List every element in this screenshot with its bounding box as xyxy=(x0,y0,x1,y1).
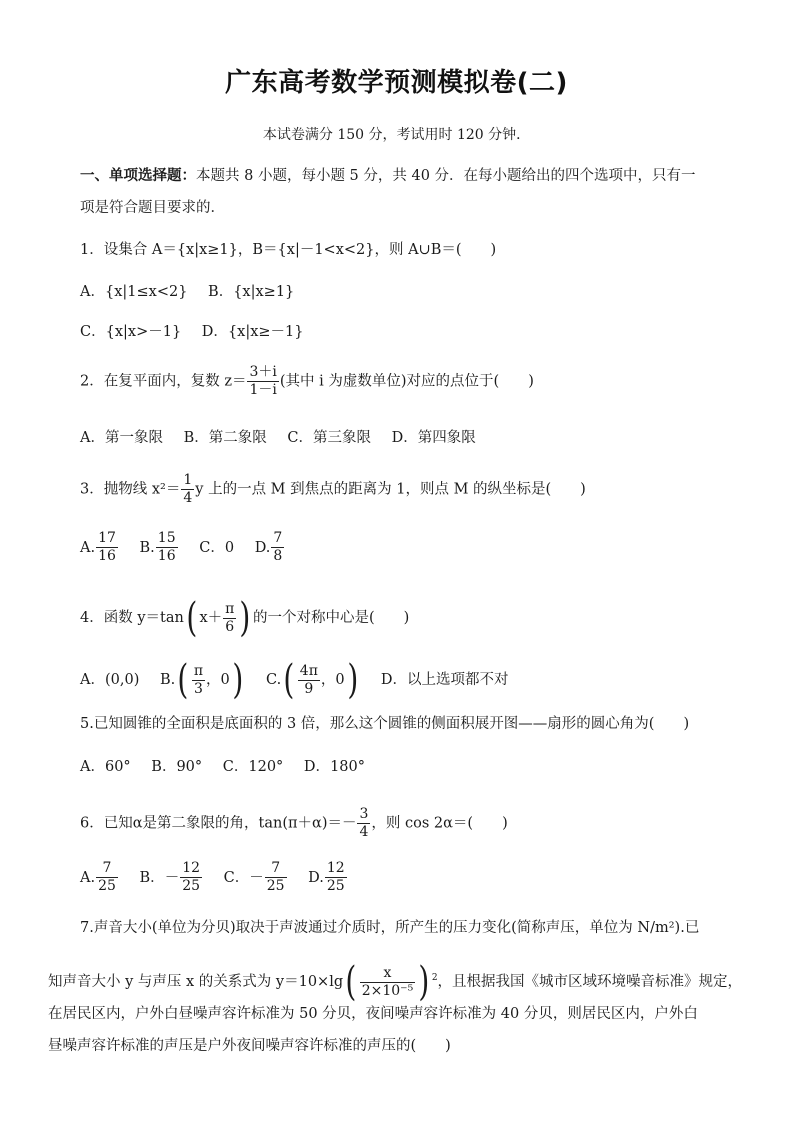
section-title: 一、单项选择题： xyxy=(80,168,196,184)
question-stem: 设集合 A＝{x|x≥1}，B＝{x|－1<x<2}，则 A∪B＝( ) xyxy=(104,242,496,258)
section-text-1: 本题共 8 小题，每小题 5 分，共 40 分．在每小题给出的四个选项中，只有一 xyxy=(196,168,696,184)
option-d[interactable]: D.1225 xyxy=(308,870,348,886)
fraction: 34 xyxy=(357,806,370,841)
option-d[interactable]: D．以上选项都不对 xyxy=(381,672,509,688)
option-b[interactable]: B．第二象限 xyxy=(184,430,267,446)
question-2: 2．在复平面内，复数 z＝3＋i1－i(其中 i 为虚数单位)对应的点位于( ) xyxy=(80,364,534,399)
option-a[interactable]: A．60° xyxy=(80,759,131,775)
question-3-options: A.1716 B.1516 C．0 D.78 xyxy=(80,530,301,565)
exam-subtitle: 本试卷满分 150 分，考试用时 120 分钟． xyxy=(0,124,793,144)
option-a[interactable]: A.1716 xyxy=(80,540,119,556)
fraction: π6 xyxy=(223,601,236,636)
question-1-options-row1: A．{x|1≤x<2} B．{x|x≥1} xyxy=(80,282,310,302)
question-number: 6． xyxy=(80,816,104,832)
fraction: 3＋i1－i xyxy=(247,364,278,399)
option-b[interactable]: B.1516 xyxy=(140,540,179,556)
question-2-options: A．第一象限 B．第二象限 C．第三象限 D．第四象限 xyxy=(80,428,492,448)
option-a[interactable]: A.725 xyxy=(80,870,119,886)
question-7-line-2: 知声音大小 y 与声压 x 的关系式为 y＝10×lg(x2×10⁻⁵)2，且根… xyxy=(48,962,742,1002)
question-7-line-3: 在居民区内，户外白昼噪声容许标准为 50 分贝，夜间噪声容许标准为 40 分贝，… xyxy=(48,1004,698,1024)
option-b[interactable]: B．－1225 xyxy=(140,870,203,886)
question-7-line-1: 7.声音大小(单位为分贝)取决于声波通过介质时，所产生的压力变化(简称声压，单位… xyxy=(80,918,699,938)
question-4: 4．函数 y＝tan(x＋π6)的一个对称中心是( ) xyxy=(80,598,409,638)
question-number: 1． xyxy=(80,242,104,258)
question-4-options: A．(0,0) B.(π3，0) C.(4π9，0) D．以上选项都不对 xyxy=(80,660,525,700)
question-number: 7. xyxy=(80,920,94,936)
question-1: 1．设集合 A＝{x|x≥1}，B＝{x|－1<x<2}，则 A∪B＝( ) xyxy=(80,240,496,260)
question-6-options: A.725 B．－1225 C．－725 D.1225 xyxy=(80,860,364,895)
right-paren-icon: ) xyxy=(240,598,251,638)
option-d[interactable]: D．180° xyxy=(304,759,365,775)
option-d[interactable]: D.78 xyxy=(255,540,286,556)
question-6: 6．已知α是第二象限的角，tan(π＋α)＝－34，则 cos 2α＝( ) xyxy=(80,806,508,841)
question-number: 3． xyxy=(80,482,104,498)
option-b[interactable]: B.(π3，0) xyxy=(160,672,245,688)
fraction: 14 xyxy=(181,472,194,507)
option-c[interactable]: C．120° xyxy=(223,759,284,775)
option-a[interactable]: A．{x|1≤x<2} xyxy=(80,284,187,300)
option-c[interactable]: C．0 xyxy=(199,540,234,556)
question-3: 3．抛物线 x²＝14y 上的一点 M 到焦点的距离为 1，则点 M 的纵坐标是… xyxy=(80,472,586,507)
fraction: x2×10⁻⁵ xyxy=(360,965,415,1000)
question-number: 4． xyxy=(80,610,104,626)
option-c[interactable]: C．－725 xyxy=(224,870,288,886)
section-heading: 一、单项选择题：本题共 8 小题，每小题 5 分，共 40 分．在每小题给出的四… xyxy=(80,166,696,186)
question-number: 2． xyxy=(80,374,104,390)
question-5-options: A．60° B．90° C．120° D．180° xyxy=(80,757,381,777)
option-c[interactable]: C．{x|x>－1} xyxy=(80,324,181,340)
option-c[interactable]: C.(4π9，0) xyxy=(266,672,360,688)
option-a[interactable]: A．(0,0) xyxy=(80,672,139,688)
question-5: 5.已知圆锥的全面积是底面积的 3 倍，那么这个圆锥的侧面积展开图——扇形的圆心… xyxy=(80,714,689,734)
option-d[interactable]: D．{x|x≥－1} xyxy=(202,324,304,340)
section-text-2: 项是符合题目要求的． xyxy=(80,198,225,218)
option-d[interactable]: D．第四象限 xyxy=(392,430,476,446)
question-1-options-row2: C．{x|x>－1} D．{x|x≥－1} xyxy=(80,322,320,342)
option-b[interactable]: B．90° xyxy=(151,759,202,775)
option-b[interactable]: B．{x|x≥1} xyxy=(208,284,294,300)
question-number: 5. xyxy=(80,716,94,732)
option-c[interactable]: C．第三象限 xyxy=(287,430,371,446)
left-paren-icon: ( xyxy=(186,598,197,638)
option-a[interactable]: A．第一象限 xyxy=(80,430,163,446)
exam-title: 广东高考数学预测模拟卷(二) xyxy=(0,62,793,99)
question-7-line-4: 昼噪声容许标准的声压是户外夜间噪声容许标准的声压的( ) xyxy=(48,1036,451,1056)
